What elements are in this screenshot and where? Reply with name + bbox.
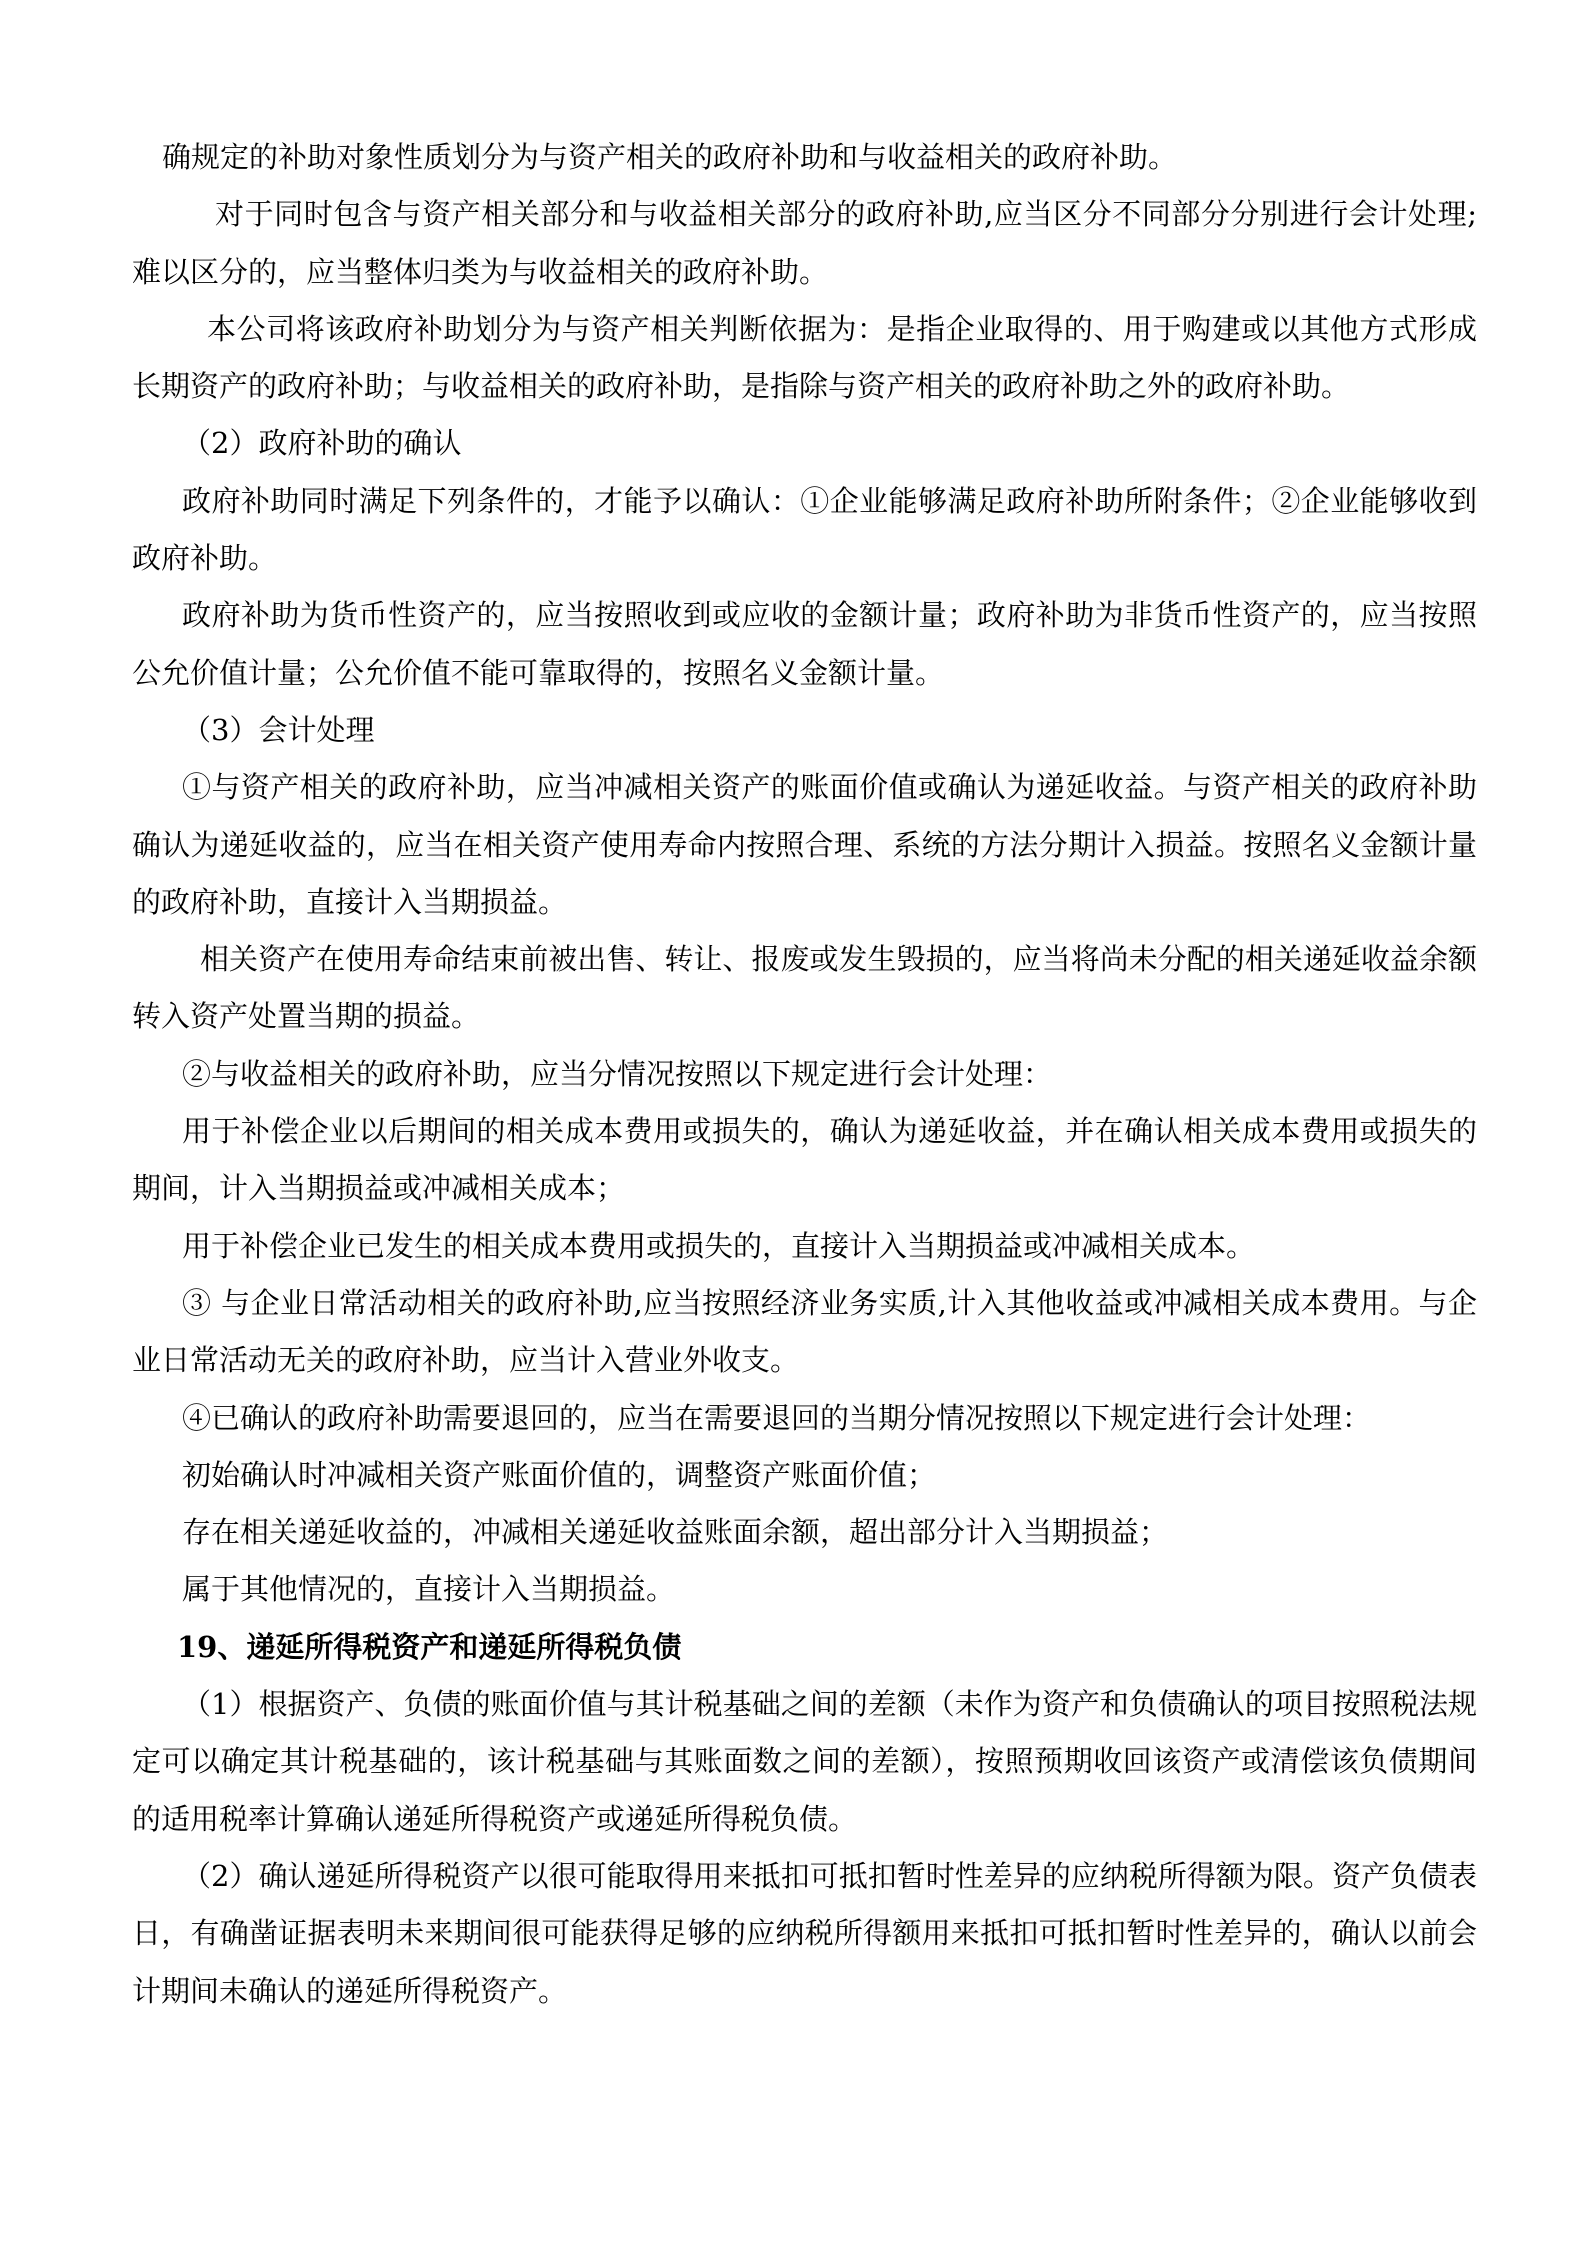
document-page: 确规定的补助对象性质划分为与资产相关的政府补助和与收益相关的政府补助。对于同时包… [0,0,1588,2245]
paragraph: 相关资产在使用寿命结束前被出售、转让、报废或发生毁损的，应当将尚未分配的相关递延… [132,931,1477,1046]
paragraph: 政府补助同时满足下列条件的，才能予以确认：①企业能够满足政府补助所附条件；②企业… [132,473,1477,588]
paragraph: 确规定的补助对象性质划分为与资产相关的政府补助和与收益相关的政府补助。 [132,129,1477,186]
section-heading: 19、递延所得税资产和递延所得税负债 [132,1619,1477,1676]
paragraph: 属于其他情况的，直接计入当期损益。 [132,1561,1477,1618]
paragraph: 存在相关递延收益的，冲减相关递延收益账面余额，超出部分计入当期损益； [132,1504,1477,1561]
paragraph: 政府补助为货币性资产的，应当按照收到或应收的金额计量；政府补助为非货币性资产的，… [132,587,1477,702]
paragraph: （1）根据资产、负债的账面价值与其计税基础之间的差额（未作为资产和负债确认的项目… [132,1676,1477,1848]
document-body: 确规定的补助对象性质划分为与资产相关的政府补助和与收益相关的政府补助。对于同时包… [132,129,1477,2020]
paragraph: （3）会计处理 [132,702,1477,759]
paragraph: （2）确认递延所得税资产以很可能取得用来抵扣可抵扣暂时性差异的应纳税所得额为限。… [132,1848,1477,2020]
paragraph: ④已确认的政府补助需要退回的，应当在需要退回的当期分情况按照以下规定进行会计处理… [132,1390,1477,1447]
paragraph: 对于同时包含与资产相关部分和与收益相关部分的政府补助,应当区分不同部分分别进行会… [132,186,1477,301]
paragraph: 本公司将该政府补助划分为与资产相关判断依据为：是指企业取得的、用于购建或以其他方… [132,301,1477,416]
paragraph: ②与收益相关的政府补助，应当分情况按照以下规定进行会计处理： [132,1046,1477,1103]
paragraph: ①与资产相关的政府补助，应当冲减相关资产的账面价值或确认为递延收益。与资产相关的… [132,759,1477,931]
paragraph: 初始确认时冲减相关资产账面价值的，调整资产账面价值； [132,1447,1477,1504]
paragraph: 用于补偿企业以后期间的相关成本费用或损失的，确认为递延收益，并在确认相关成本费用… [132,1103,1477,1218]
paragraph: ③ 与企业日常活动相关的政府补助,应当按照经济业务实质,计入其他收益或冲减相关成… [132,1275,1477,1390]
paragraph: （2）政府补助的确认 [132,415,1477,472]
paragraph: 用于补偿企业已发生的相关成本费用或损失的，直接计入当期损益或冲减相关成本。 [132,1218,1477,1275]
